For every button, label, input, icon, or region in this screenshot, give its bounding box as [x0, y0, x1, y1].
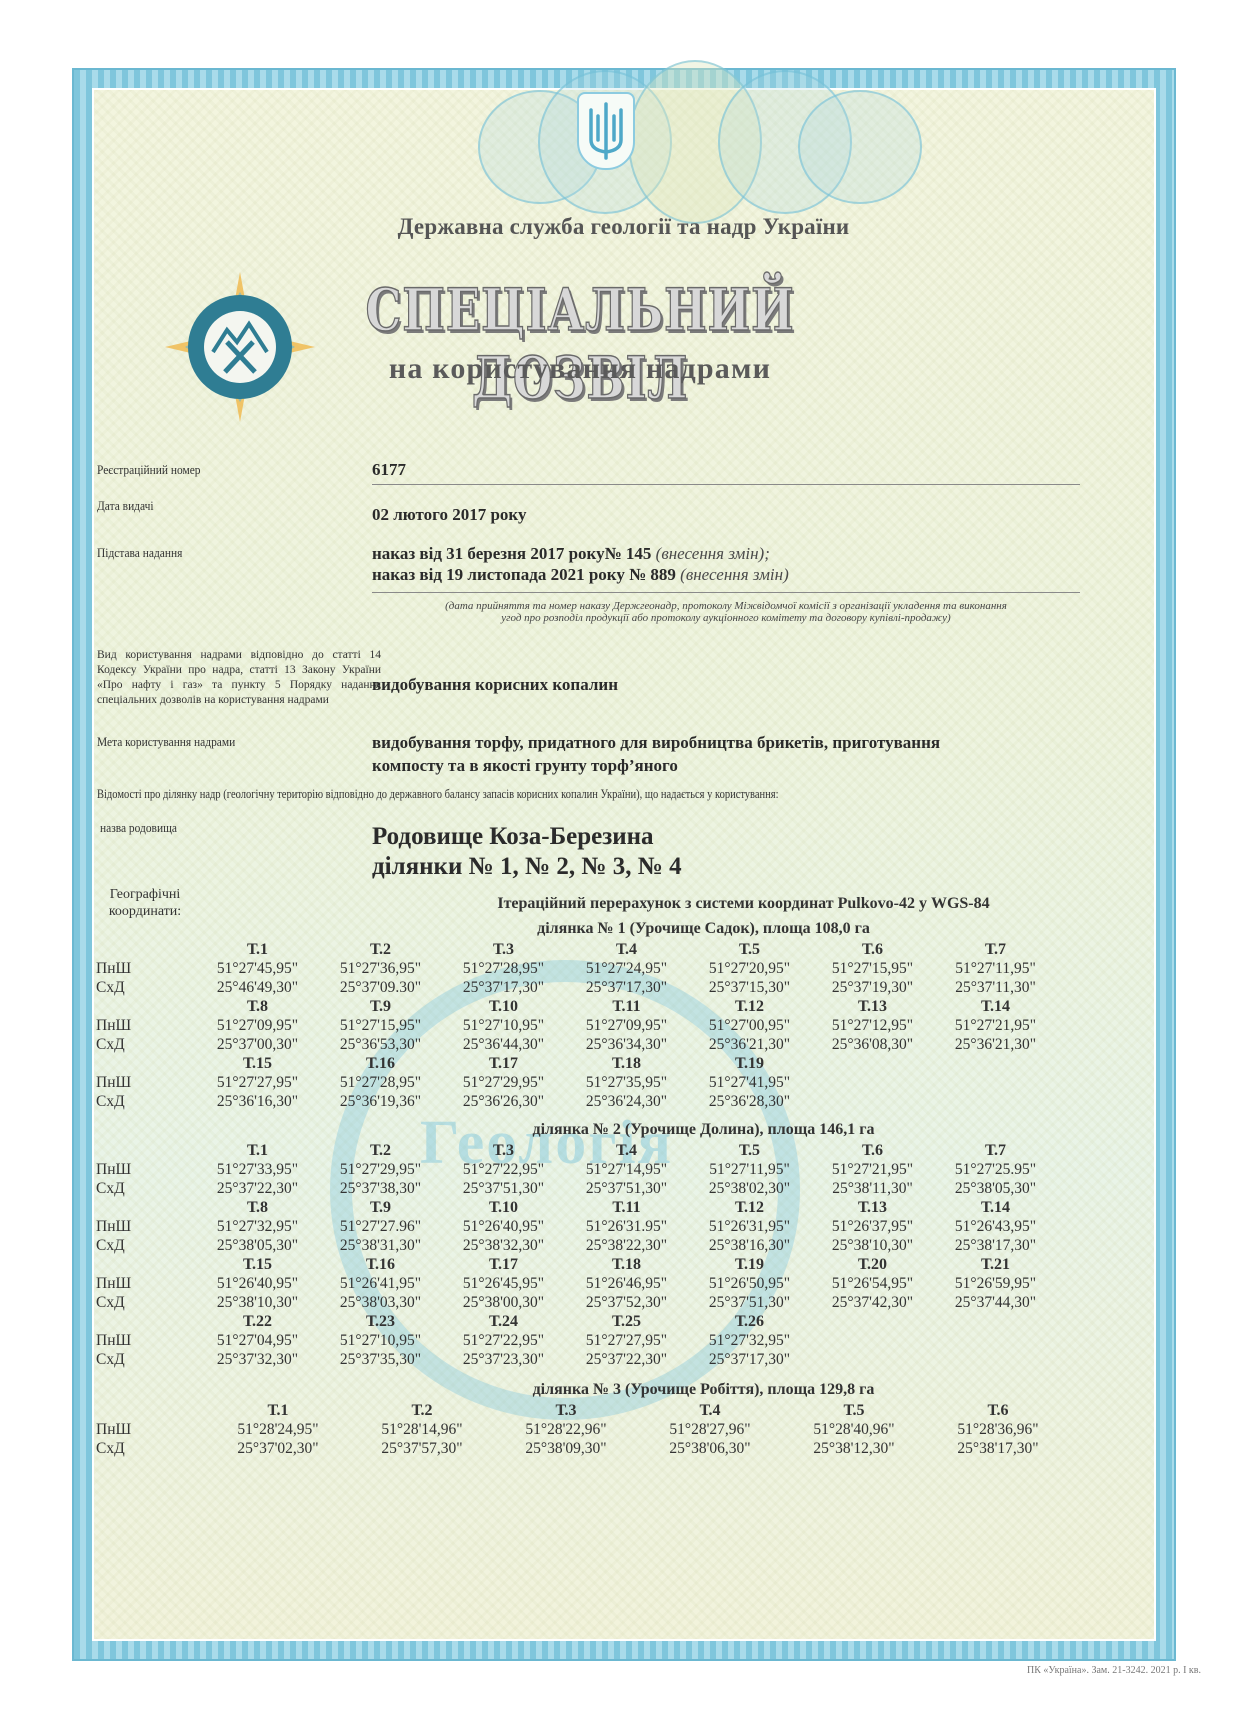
agency-name: Державна служба геології та надр України [0, 214, 1247, 240]
coordinate-value: 25°37'17,30" [688, 1351, 811, 1369]
point-id: Т.19 [688, 1055, 811, 1073]
coordinate-value: 25°37'35,30" [319, 1351, 442, 1369]
latitude-row: ПнШ51°26'40,95"51°26'41,95"51°26'45,95"5… [96, 1274, 1156, 1293]
coordinate-value: 25°38'10,30" [196, 1294, 319, 1312]
coordinate-value: 25°46'49,30" [196, 979, 319, 997]
point-id: Т.16 [319, 1256, 442, 1274]
longitude-row: СхД25°46'49,30"25°37'09.30"25°37'17,30"2… [96, 978, 1156, 997]
coordinate-value: 51°28'40,96" [782, 1421, 926, 1439]
point-id: Т.23 [319, 1313, 442, 1331]
parcel-coordinates-table: Т.1Т.2Т.3Т.4Т.5Т.6Т.7ПнШ51°27'45,95"51°2… [96, 940, 1156, 1111]
coordinate-value: 51°27'14,95" [565, 1161, 688, 1179]
point-id: Т.1 [196, 941, 319, 959]
site-info-label: Відомості про ділянку надр (геологічну т… [97, 787, 779, 802]
coordinate-value: 25°36'16,30" [196, 1093, 319, 1111]
row-label: ПнШ [96, 1074, 196, 1092]
reg-number-value: 6177 [372, 460, 406, 480]
coordinate-value: 25°37'15,30" [688, 979, 811, 997]
basis-line-1: наказ від 31 березня 2017 року№ 145 (вне… [372, 544, 770, 564]
coordinate-value: 51°26'37,95" [811, 1218, 934, 1236]
coordinate-value: 51°28'24,95" [206, 1421, 350, 1439]
point-id: Т.26 [688, 1313, 811, 1331]
point-header-row: Т.15Т.16Т.17Т.18Т.19Т.20Т.21 [96, 1255, 1156, 1274]
basis-label: Підстава надання [97, 545, 182, 561]
point-id: Т.11 [565, 1199, 688, 1217]
coordinate-value: 25°37'44,30" [934, 1294, 1057, 1312]
latitude-row: ПнШ51°27'04,95"51°27'10,95"51°27'22,95"5… [96, 1331, 1156, 1350]
latitude-row: ПнШ51°27'27,95"51°27'28,95"51°27'29,95"5… [96, 1073, 1156, 1092]
parcel-title: ділянка № 1 (Урочище Садок), площа 108,0… [0, 920, 1247, 938]
coordinate-value: 51°27'04,95" [196, 1332, 319, 1350]
guilloche-rosette [478, 60, 858, 210]
point-id: Т.12 [688, 1199, 811, 1217]
parcel-title: ділянка № 2 (Урочище Долина), площа 146,… [0, 1121, 1247, 1139]
coordinate-value: 51°27'21,95" [934, 1017, 1057, 1035]
row-label: СхД [96, 979, 196, 997]
field-name-value: Родовище Коза-Березина ділянки № 1, № 2,… [372, 822, 682, 882]
point-id: Т.1 [196, 1142, 319, 1160]
longitude-row: СхД25°37'22,30"25°37'38,30"25°37'51,30"2… [96, 1179, 1156, 1198]
printer-note: ПК «Україна». Зам. 21-3242. 2021 р. І кв… [1027, 1665, 1201, 1676]
coordinate-value: 25°38'02,30" [688, 1180, 811, 1198]
point-id: Т.17 [442, 1055, 565, 1073]
point-id: Т.13 [811, 1199, 934, 1217]
coordinate-value: 51°27'10,95" [319, 1332, 442, 1350]
coordinate-value: 51°26'41,95" [319, 1275, 442, 1293]
coordinate-value: 25°37'38,30" [319, 1180, 442, 1198]
coordinate-value: 51°27'32,95" [688, 1332, 811, 1350]
row-label: СхД [96, 1351, 196, 1369]
datum-note: Ітераційний перерахунок з системи коорди… [0, 895, 1247, 913]
point-id: Т.10 [442, 1199, 565, 1217]
reg-number-label: Реєстраційний номер [97, 462, 201, 478]
coordinate-value: 25°38'31,30" [319, 1237, 442, 1255]
coordinate-value: 51°27'25.95" [934, 1161, 1057, 1179]
coordinate-value: 51°27'20,95" [688, 960, 811, 978]
point-id: Т.11 [565, 998, 688, 1016]
point-id: Т.4 [638, 1402, 782, 1420]
coordinate-value: 25°38'09,30" [494, 1440, 638, 1458]
coordinate-value: 51°27'11,95" [934, 960, 1057, 978]
coordinate-value: 25°38'17,30" [926, 1440, 1070, 1458]
coordinate-value: 51°26'46,95" [565, 1275, 688, 1293]
coordinate-value: 25°36'21,30" [688, 1036, 811, 1054]
point-id: Т.8 [196, 1199, 319, 1217]
coordinate-value: 51°26'50,95" [688, 1275, 811, 1293]
coordinate-value: 25°38'10,30" [811, 1237, 934, 1255]
coordinate-value: 25°37'09.30" [319, 979, 442, 997]
coordinate-value: 25°38'00,30" [442, 1294, 565, 1312]
coordinate-value: 25°37'42,30" [811, 1294, 934, 1312]
point-id: Т.6 [811, 941, 934, 959]
coordinate-value: 51°27'27,95" [565, 1332, 688, 1350]
purpose-label: Мета користування надрами [97, 734, 235, 750]
point-id: Т.6 [811, 1142, 934, 1160]
coordinate-value: 51°27'10,95" [442, 1017, 565, 1035]
row-label: ПнШ [96, 1421, 206, 1439]
point-id: Т.3 [442, 941, 565, 959]
row-label: СхД [96, 1440, 206, 1458]
coordinate-value: 51°27'28,95" [319, 1074, 442, 1092]
longitude-row: СхД25°38'05,30"25°38'31,30"25°38'32,30"2… [96, 1236, 1156, 1255]
coordinate-value: 51°27'35,95" [565, 1074, 688, 1092]
point-id: Т.24 [442, 1313, 565, 1331]
row-label: ПнШ [96, 1275, 196, 1293]
coordinate-value: 51°27'45,95" [196, 960, 319, 978]
parcel-coordinates-table: Т.1Т.2Т.3Т.4Т.5Т.6ПнШ51°28'24,95"51°28'1… [96, 1401, 1156, 1458]
row-label: СхД [96, 1180, 196, 1198]
coordinate-value: 25°38'22,30" [565, 1237, 688, 1255]
coordinate-value: 25°36'21,30" [934, 1036, 1057, 1054]
coordinate-value: 51°27'33,95" [196, 1161, 319, 1179]
point-id: Т.1 [206, 1402, 350, 1420]
coordinate-value: 51°27'00,95" [688, 1017, 811, 1035]
point-id: Т.14 [934, 998, 1057, 1016]
basis-hint: (дата прийняття та номер наказу Держгеон… [372, 600, 1080, 624]
field-name-label: назва родовища [100, 820, 177, 836]
document-subtitle: на користування надрами [300, 352, 860, 386]
longitude-row: СхД25°37'32,30"25°37'35,30"25°37'23,30"2… [96, 1350, 1156, 1369]
coordinate-value: 25°37'32,30" [196, 1351, 319, 1369]
coordinate-value: 51°27'28,95" [442, 960, 565, 978]
coat-of-arms-icon [577, 92, 635, 170]
coordinate-value: 25°37'22,30" [565, 1351, 688, 1369]
coordinate-value: 51°27'29,95" [442, 1074, 565, 1092]
divider [372, 484, 1080, 485]
row-label: ПнШ [96, 1161, 196, 1179]
point-header-row: Т.1Т.2Т.3Т.4Т.5Т.6 [96, 1401, 1156, 1420]
row-label: ПнШ [96, 1218, 196, 1236]
coordinate-value: 25°37'51,30" [565, 1180, 688, 1198]
point-id: Т.19 [688, 1256, 811, 1274]
coordinate-value: 25°36'24,30" [565, 1093, 688, 1111]
coordinate-value: 25°38'06,30" [638, 1440, 782, 1458]
point-id: Т.6 [926, 1402, 1070, 1420]
coordinate-value: 51°27'09,95" [196, 1017, 319, 1035]
point-id: Т.13 [811, 998, 934, 1016]
coordinate-value: 25°36'26,30" [442, 1093, 565, 1111]
coordinate-value: 51°27'11,95" [688, 1161, 811, 1179]
coordinate-value: 51°26'54,95" [811, 1275, 934, 1293]
purpose-line-1: видобування торфу, придатного для виробн… [372, 733, 940, 753]
coordinate-value: 25°37'51,30" [688, 1294, 811, 1312]
latitude-row: ПнШ51°27'45,95"51°27'36,95"51°27'28,95"5… [96, 959, 1156, 978]
row-label: СхД [96, 1093, 196, 1111]
coordinate-value: 25°36'08,30" [811, 1036, 934, 1054]
coordinate-value: 51°27'27.96" [319, 1218, 442, 1236]
point-header-row: Т.15Т.16Т.17Т.18Т.19 [96, 1054, 1156, 1073]
point-id: Т.4 [565, 1142, 688, 1160]
use-type-label: Вид користування надрами відповідно до с… [97, 648, 381, 708]
point-id: Т.14 [934, 1199, 1057, 1217]
longitude-row: СхД25°37'02,30"25°37'57,30"25°38'09,30"2… [96, 1439, 1156, 1458]
divider [372, 592, 1080, 593]
coordinate-value: 25°36'19,36" [319, 1093, 442, 1111]
coordinate-value: 51°27'29,95" [319, 1161, 442, 1179]
coordinate-value: 51°27'12,95" [811, 1017, 934, 1035]
point-id: Т.7 [934, 941, 1057, 959]
coordinate-value: 51°28'27,96" [638, 1421, 782, 1439]
point-id: Т.3 [442, 1142, 565, 1160]
point-id: Т.8 [196, 998, 319, 1016]
coordinate-value: 25°38'16,30" [688, 1237, 811, 1255]
coordinate-value: 51°28'22,96" [494, 1421, 638, 1439]
point-id: Т.16 [319, 1055, 442, 1073]
basis-line-2: наказ від 19 листопада 2021 року № 889 (… [372, 565, 789, 585]
point-id: Т.5 [782, 1402, 926, 1420]
row-label: СхД [96, 1294, 196, 1312]
coordinate-value: 51°28'36,96" [926, 1421, 1070, 1439]
coordinate-value: 25°37'51,30" [442, 1180, 565, 1198]
point-id: Т.25 [565, 1313, 688, 1331]
coordinate-value: 51°26'31.95" [565, 1218, 688, 1236]
point-id: Т.2 [319, 1142, 442, 1160]
coordinate-value: 51°27'22,95" [442, 1332, 565, 1350]
use-type-value: видобування корисних копалин [372, 675, 618, 695]
coordinate-value: 51°27'21,95" [811, 1161, 934, 1179]
coordinate-value: 25°37'00,30" [196, 1036, 319, 1054]
issue-date-label: Дата видачі [97, 498, 154, 514]
coordinate-value: 51°27'27,95" [196, 1074, 319, 1092]
point-header-row: Т.8Т.9Т.10Т.11Т.12Т.13Т.14 [96, 1198, 1156, 1217]
row-label: СхД [96, 1036, 196, 1054]
point-id: Т.5 [688, 1142, 811, 1160]
coordinate-value: 25°37'17,30" [442, 979, 565, 997]
coordinate-value: 51°26'40,95" [196, 1275, 319, 1293]
point-id: Т.10 [442, 998, 565, 1016]
point-id: Т.9 [319, 1199, 442, 1217]
parcel-coordinates-table: Т.1Т.2Т.3Т.4Т.5Т.6Т.7ПнШ51°27'33,95"51°2… [96, 1141, 1156, 1369]
row-label: СхД [96, 1237, 196, 1255]
longitude-row: СхД25°38'10,30"25°38'03,30"25°38'00,30"2… [96, 1293, 1156, 1312]
point-id: Т.22 [196, 1313, 319, 1331]
coordinate-value: 51°27'09,95" [565, 1017, 688, 1035]
coordinate-value: 25°37'17,30" [565, 979, 688, 997]
coordinate-value: 51°26'45,95" [442, 1275, 565, 1293]
coordinate-value: 51°26'43,95" [934, 1218, 1057, 1236]
latitude-row: ПнШ51°27'33,95"51°27'29,95"51°27'22,95"5… [96, 1160, 1156, 1179]
coordinate-value: 51°27'15,95" [811, 960, 934, 978]
coordinate-value: 51°26'59,95" [934, 1275, 1057, 1293]
coordinate-value: 25°36'44,30" [442, 1036, 565, 1054]
point-header-row: Т.1Т.2Т.3Т.4Т.5Т.6Т.7 [96, 1141, 1156, 1160]
coordinate-value: 25°38'03,30" [319, 1294, 442, 1312]
coordinate-value: 51°26'40,95" [442, 1218, 565, 1236]
point-id: Т.2 [350, 1402, 494, 1420]
coordinate-value: 25°38'17,30" [934, 1237, 1057, 1255]
point-id: Т.17 [442, 1256, 565, 1274]
point-id: Т.18 [565, 1256, 688, 1274]
row-label: ПнШ [96, 1332, 196, 1350]
latitude-row: ПнШ51°27'32,95"51°27'27.96"51°26'40,95"5… [96, 1217, 1156, 1236]
point-id: Т.5 [688, 941, 811, 959]
longitude-row: СхД25°36'16,30"25°36'19,36"25°36'26,30"2… [96, 1092, 1156, 1111]
coordinate-value: 51°27'24,95" [565, 960, 688, 978]
latitude-row: ПнШ51°27'09,95"51°27'15,95"51°27'10,95"5… [96, 1016, 1156, 1035]
coordinate-value: 25°38'05,30" [934, 1180, 1057, 1198]
row-label: ПнШ [96, 1017, 196, 1035]
point-id: Т.20 [811, 1256, 934, 1274]
point-header-row: Т.22Т.23Т.24Т.25Т.26 [96, 1312, 1156, 1331]
coordinate-value: 51°26'31,95" [688, 1218, 811, 1236]
point-id: Т.12 [688, 998, 811, 1016]
coordinate-value: 51°27'36,95" [319, 960, 442, 978]
longitude-row: СхД25°37'00,30"25°36'53,30"25°36'44,30"2… [96, 1035, 1156, 1054]
row-label: ПнШ [96, 960, 196, 978]
coordinate-value: 51°27'41,95" [688, 1074, 811, 1092]
coordinate-value: 25°37'02,30" [206, 1440, 350, 1458]
latitude-row: ПнШ51°28'24,95"51°28'14,96"51°28'22,96"5… [96, 1420, 1156, 1439]
point-id: Т.15 [196, 1055, 319, 1073]
coordinate-value: 25°36'28,30" [688, 1093, 811, 1111]
point-header-row: Т.1Т.2Т.3Т.4Т.5Т.6Т.7 [96, 940, 1156, 959]
coordinate-value: 25°37'57,30" [350, 1440, 494, 1458]
point-id: Т.7 [934, 1142, 1057, 1160]
point-id: Т.15 [196, 1256, 319, 1274]
coordinate-value: 25°36'34,30" [565, 1036, 688, 1054]
coordinate-value: 25°38'11,30" [811, 1180, 934, 1198]
document-title: СПЕЦІАЛЬНИЙ ДОЗВІЛ [362, 276, 799, 412]
coordinate-value: 25°38'05,30" [196, 1237, 319, 1255]
coordinate-value: 25°37'11,30" [934, 979, 1057, 997]
coordinate-value: 51°27'32,95" [196, 1218, 319, 1236]
point-id: Т.9 [319, 998, 442, 1016]
issue-date-value: 02 лютого 2017 року [372, 505, 527, 525]
coordinate-value: 25°36'53,30" [319, 1036, 442, 1054]
coordinate-value: 25°38'32,30" [442, 1237, 565, 1255]
coordinate-value: 25°37'22,30" [196, 1180, 319, 1198]
coordinate-value: 51°27'22,95" [442, 1161, 565, 1179]
point-id: Т.18 [565, 1055, 688, 1073]
coordinate-value: 25°37'19,30" [811, 979, 934, 997]
parcel-title: ділянка № 3 (Урочище Робіття), площа 129… [0, 1381, 1247, 1399]
point-id: Т.2 [319, 941, 442, 959]
coordinate-value: 51°28'14,96" [350, 1421, 494, 1439]
coordinate-value: 25°38'12,30" [782, 1440, 926, 1458]
coordinate-value: 51°27'15,95" [319, 1017, 442, 1035]
point-id: Т.4 [565, 941, 688, 959]
point-id: Т.3 [494, 1402, 638, 1420]
coordinate-value: 25°37'52,30" [565, 1294, 688, 1312]
purpose-line-2: компосту та в якості грунту торф’яного [372, 756, 678, 776]
point-header-row: Т.8Т.9Т.10Т.11Т.12Т.13Т.14 [96, 997, 1156, 1016]
geology-service-emblem-icon [165, 272, 315, 422]
coordinate-value: 25°37'23,30" [442, 1351, 565, 1369]
point-id: Т.21 [934, 1256, 1057, 1274]
